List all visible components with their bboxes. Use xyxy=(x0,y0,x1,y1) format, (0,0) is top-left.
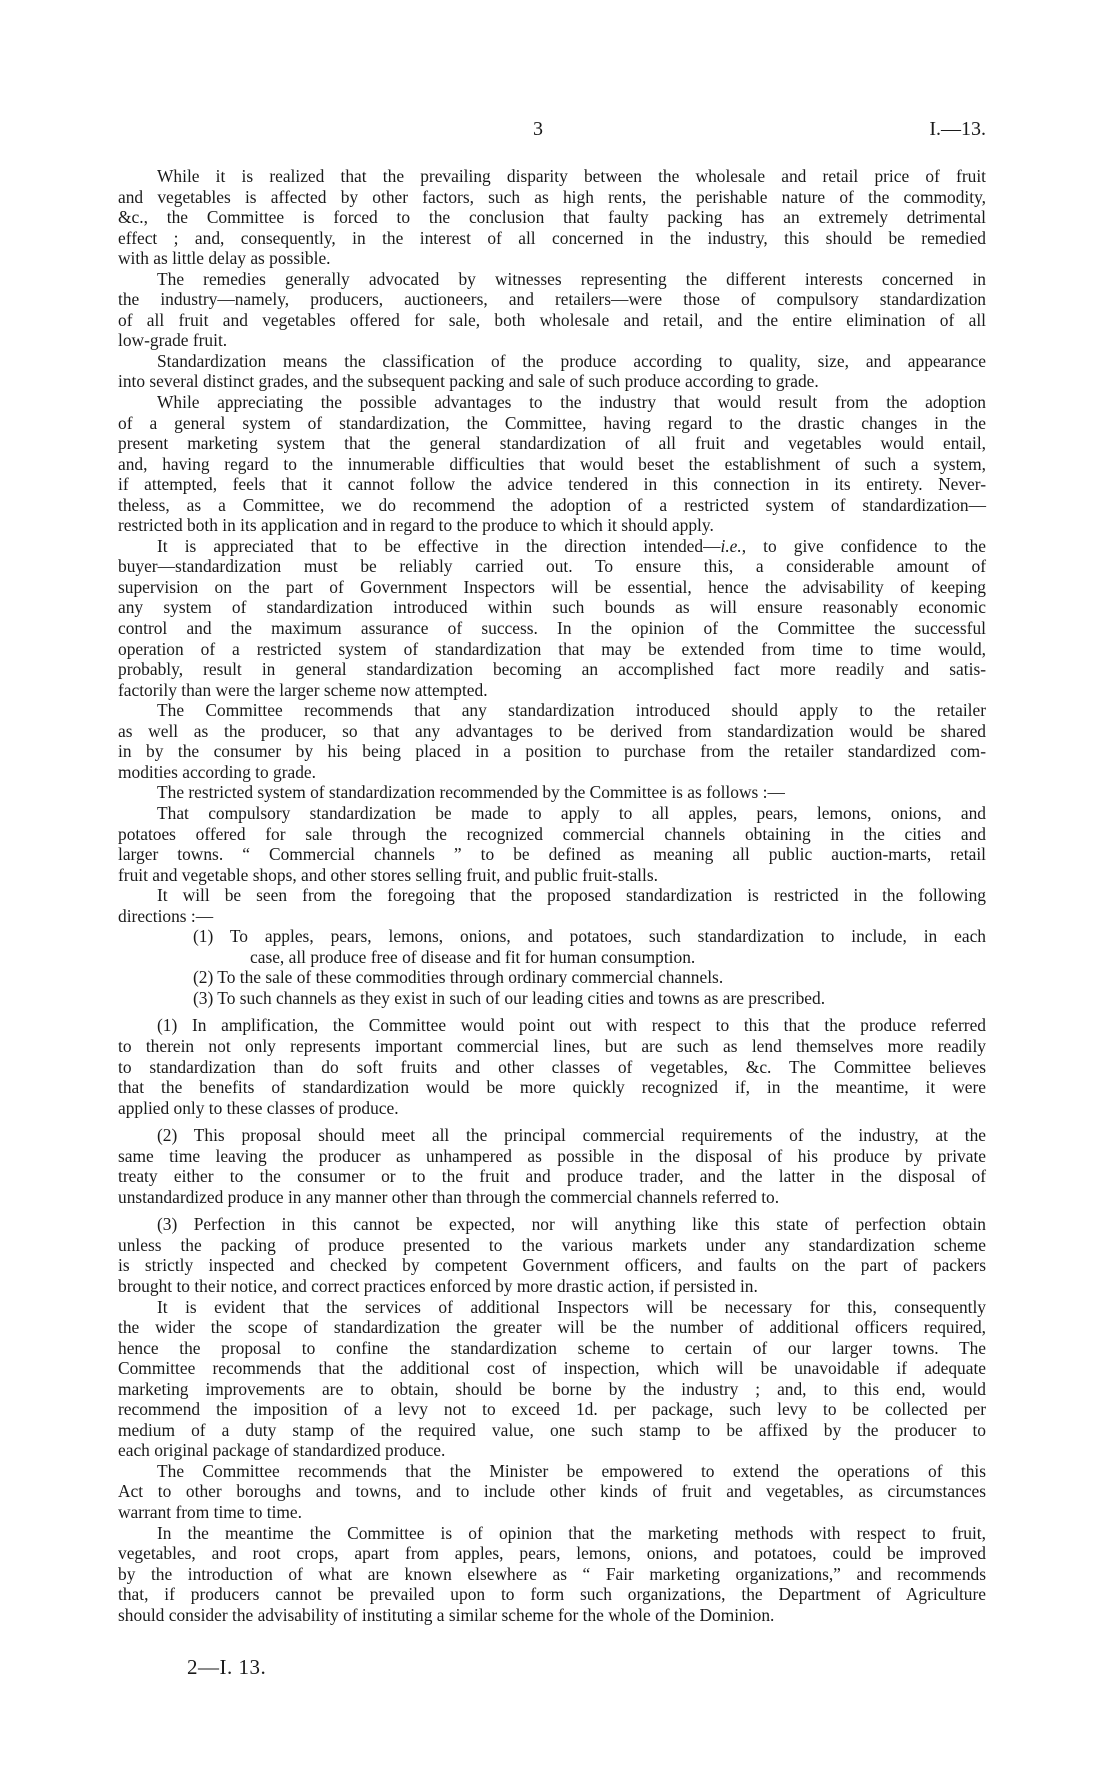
page-header: 3 I.—13. xyxy=(0,118,1114,146)
text-line: buyer—standardization must be reliably c… xyxy=(118,556,986,577)
text-line: if attempted, feels that it cannot follo… xyxy=(118,474,986,495)
paragraph: (1) In amplification, the Committee woul… xyxy=(118,1015,986,1118)
text-line: treaty either to the consumer or to the … xyxy=(118,1166,986,1187)
text-line: effect ; and, consequently, in the inter… xyxy=(118,228,986,249)
text-line: restricted both in its application and i… xyxy=(118,515,986,536)
paragraph: While it is realized that the prevailing… xyxy=(118,166,986,269)
text-line: The remedies generally advocated by witn… xyxy=(118,269,986,290)
text-line: (1) In amplification, the Committee woul… xyxy=(118,1015,986,1036)
paragraph: While appreciating the possible advantag… xyxy=(118,392,986,536)
list-item: (1) To apples, pears, lemons, onions, an… xyxy=(118,926,986,967)
paragraph: In the meantime the Committee is of opin… xyxy=(118,1523,986,1626)
text-line: fruit and vegetable shops, and other sto… xyxy=(118,865,986,886)
text-line: applied only to these classes of produce… xyxy=(118,1098,986,1119)
page-number: 3 xyxy=(533,118,543,141)
text-line: marketing improvements are to obtain, sh… xyxy=(118,1379,986,1400)
main-paragraphs: While it is realized that the prevailing… xyxy=(118,166,986,926)
text-line: modities according to grade. xyxy=(118,762,986,783)
text-line: the wider the scope of standardization t… xyxy=(118,1317,986,1338)
text-line: that, if producers cannot be prevailed u… xyxy=(118,1584,986,1605)
text-line: While appreciating the possible advantag… xyxy=(118,392,986,413)
closing-paragraphs: It is evident that the services of addit… xyxy=(118,1297,986,1626)
text-line: probably, result in general standardizat… xyxy=(118,659,986,680)
footer-signature-mark: 2—I. 13. xyxy=(187,1655,266,1680)
text-line: to standardization than do soft fruits a… xyxy=(118,1057,986,1078)
text-line: as well as the producer, so that any adv… xyxy=(118,721,986,742)
paragraph: (2) This proposal should meet all the pr… xyxy=(118,1125,986,1207)
text-line: that the benefits of standardization wou… xyxy=(118,1077,986,1098)
list-item-line: (1) To apples, pears, lemons, onions, an… xyxy=(118,926,986,947)
text-line: is strictly inspected and checked by com… xyxy=(118,1255,986,1276)
paragraph: That compulsory standardization be made … xyxy=(118,803,986,885)
directions-list: (1) To apples, pears, lemons, onions, an… xyxy=(118,926,986,1008)
text-line: (3) Perfection in this cannot be expecte… xyxy=(118,1214,986,1235)
text-line: control and the maximum assurance of suc… xyxy=(118,618,986,639)
paragraph: It is evident that the services of addit… xyxy=(118,1297,986,1461)
paragraph: Standardization means the classification… xyxy=(118,351,986,392)
text-line: Committee recommends that the additional… xyxy=(118,1358,986,1379)
text-line: That compulsory standardization be made … xyxy=(118,803,986,824)
text-line: unless the packing of produce presented … xyxy=(118,1235,986,1256)
text-line: medium of a duty stamp of the required v… xyxy=(118,1420,986,1441)
list-item: (2) To the sale of these commodities thr… xyxy=(118,967,986,988)
list-item: (3) To such channels as they exist in su… xyxy=(118,988,986,1009)
text-line: recommend the imposition of a levy not t… xyxy=(118,1399,986,1420)
text-line: vegetables, and root crops, apart from a… xyxy=(118,1543,986,1564)
text-line: In the meantime the Committee is of opin… xyxy=(118,1523,986,1544)
paragraph: (3) Perfection in this cannot be expecte… xyxy=(118,1214,986,1296)
text-line: It will be seen from the foregoing that … xyxy=(118,885,986,906)
text-line: (2) This proposal should meet all the pr… xyxy=(118,1125,986,1146)
text-line: and, having regard to the innumerable di… xyxy=(118,454,986,475)
paragraph: The restricted system of standardization… xyxy=(118,782,986,803)
text-line: into several distinct grades, and the su… xyxy=(118,371,986,392)
text-line: &c., the Committee is forced to the conc… xyxy=(118,207,986,228)
text-line: directions :— xyxy=(118,906,986,927)
text-line: brought to their notice, and correct pra… xyxy=(118,1276,986,1297)
text-line: The Committee recommends that any standa… xyxy=(118,700,986,721)
text-line: any system of standardization introduced… xyxy=(118,597,986,618)
document-body: While it is realized that the prevailing… xyxy=(118,166,986,1625)
text-line: It is evident that the services of addit… xyxy=(118,1297,986,1318)
paragraph: The remedies generally advocated by witn… xyxy=(118,269,986,351)
text-line: with as little delay as possible. xyxy=(118,248,986,269)
paragraph: The Committee recommends that any standa… xyxy=(118,700,986,782)
text-line: supervision on the part of Government In… xyxy=(118,577,986,598)
text-line: operation of a restricted system of stan… xyxy=(118,639,986,660)
text-line: present marketing system that the genera… xyxy=(118,433,986,454)
text-line: to therein not only represents important… xyxy=(118,1036,986,1057)
text-line: low-grade fruit. xyxy=(118,330,986,351)
text-line: by the introduction of what are known el… xyxy=(118,1564,986,1585)
explanation-paragraphs: (1) In amplification, the Committee woul… xyxy=(118,1015,986,1296)
text-line: hence the proposal to confine the standa… xyxy=(118,1338,986,1359)
text-line: each original package of standardized pr… xyxy=(118,1440,986,1461)
paragraph: It will be seen from the foregoing that … xyxy=(118,885,986,926)
text-line: of all fruit and vegetables offered for … xyxy=(118,310,986,331)
text-line: and vegetables is affected by other fact… xyxy=(118,187,986,208)
text-line: warrant from time to time. xyxy=(118,1502,986,1523)
list-item-line: (2) To the sale of these commodities thr… xyxy=(118,967,986,988)
text-line: potatoes offered for sale through the re… xyxy=(118,824,986,845)
list-item-line: (3) To such channels as they exist in su… xyxy=(118,988,986,1009)
text-line: It is appreciated that to be effective i… xyxy=(118,536,986,557)
text-line: larger towns. “ Commercial channels ” to… xyxy=(118,844,986,865)
text-line: Standardization means the classification… xyxy=(118,351,986,372)
text-line: factorily than were the larger scheme no… xyxy=(118,680,986,701)
paragraph: It is appreciated that to be effective i… xyxy=(118,536,986,700)
list-item-line: case, all produce free of disease and fi… xyxy=(118,947,986,968)
text-line: Act to other boroughs and towns, and to … xyxy=(118,1481,986,1502)
text-line: theless, as a Committee, we do recommend… xyxy=(118,495,986,516)
text-line: the industry—namely, producers, auctione… xyxy=(118,289,986,310)
text-line: should consider the advisability of inst… xyxy=(118,1605,986,1626)
text-line: The Committee recommends that the Minist… xyxy=(118,1461,986,1482)
text-line: While it is realized that the prevailing… xyxy=(118,166,986,187)
paragraph: The Committee recommends that the Minist… xyxy=(118,1461,986,1523)
text-line: The restricted system of standardization… xyxy=(118,782,986,803)
text-line: in by the consumer by his being placed i… xyxy=(118,741,986,762)
text-line: same time leaving the producer as unhamp… xyxy=(118,1146,986,1167)
document-reference: I.—13. xyxy=(929,118,986,141)
italic-abbreviation: i.e. xyxy=(721,536,742,556)
text-line: of a general system of standardization, … xyxy=(118,413,986,434)
text-line: unstandardized produce in any manner oth… xyxy=(118,1187,986,1208)
